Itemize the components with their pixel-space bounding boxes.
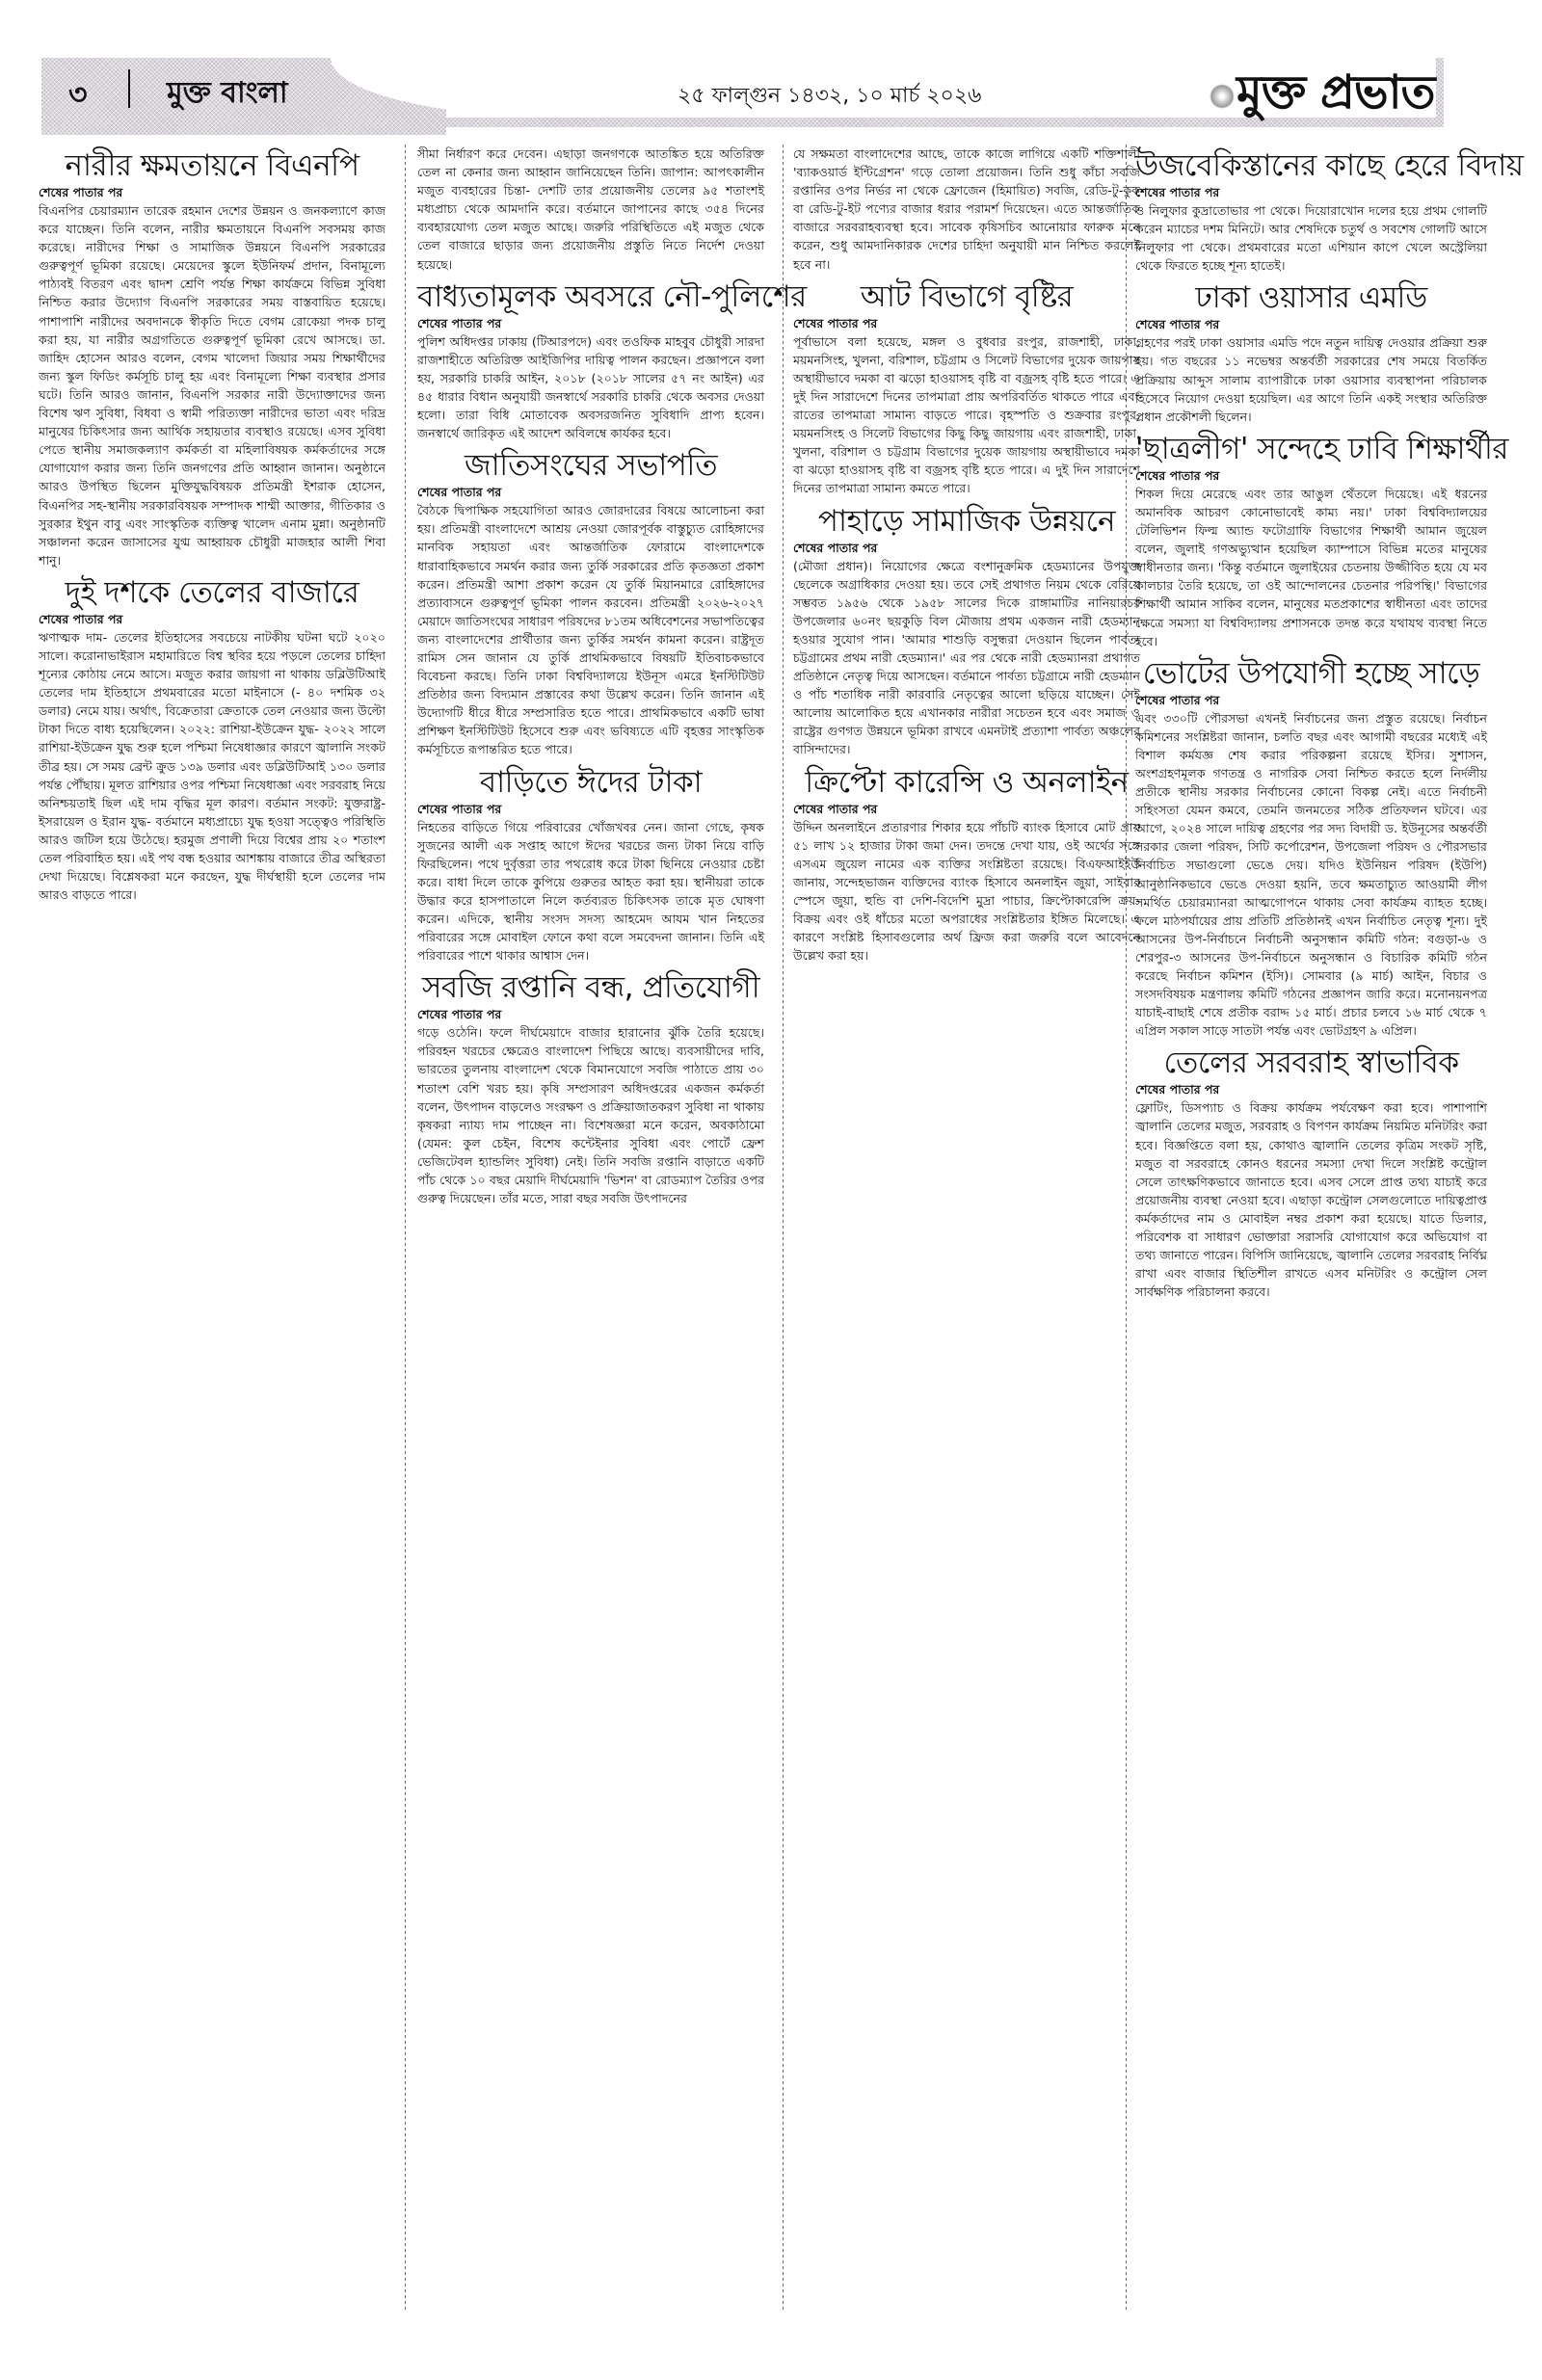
article-body: বৈঠকে দ্বিপাক্ষিক সহযোগিতা আরও জোরদারের … — [417, 501, 764, 758]
article-body: বিএনপির চেয়ারম্যান তারেক রহমান দেশের উন… — [39, 201, 385, 569]
article-headline: বাড়িতে ঈদের টাকা — [417, 763, 764, 802]
article-dhaka-wasa-md: ঢাকা ওয়াসার এমডি শেষের পাতার পর গ্রহণের… — [1135, 278, 1487, 425]
article-body: (মৌজা প্রধান)। নিয়োগের ক্ষেত্রে বংশানুক… — [793, 557, 1140, 759]
article-body: গ্রহণের পরই ঢাকা ওয়াসার এমডি পদে নতুন দ… — [1135, 333, 1487, 425]
jump-line: শেষের পাতার পর — [1135, 693, 1487, 708]
article-headline: ক্রিপ্টো কারেন্সি ও অনলাইন — [793, 763, 1140, 802]
article-body: ঋণাত্মক দাম- তেলের ইতিহাসের সবচেয়ে নাটক… — [39, 628, 385, 904]
jump-line: শেষের পাতার পর — [793, 541, 1140, 556]
article-body: উদ্দিন অনলাইনে প্রতারণার শিকার হয়ে পাঁচ… — [793, 818, 1140, 965]
issue-date: ২৫ ফাল্গুন ১৪৩২, ১০ মার্চ ২০২৬ — [678, 79, 981, 115]
jump-line: শেষের পাতার পর — [1135, 185, 1487, 200]
article-body: ফ্লোটিং, ডিসপ্যাচ ও বিক্রয় কার্যক্রম পর… — [1135, 1098, 1487, 1301]
article-headline: আট বিভাগে বৃষ্টির — [793, 278, 1140, 316]
logo-text: মুক্ত প্রভাত — [1236, 66, 1435, 119]
masthead-pattern-right — [1436, 58, 1444, 127]
jump-line: শেষের পাতার পর — [793, 316, 1140, 331]
column-2: সীমা নির্ধারণ করে দেবেন। এছাড়া জনগণকে আ… — [417, 145, 764, 1211]
article-body: পুলিশ অধিদপ্তর ঢাকায় (টিআরপদে) এবং তওফি… — [417, 332, 764, 443]
article-body: পূর্বাভাসে বলা হয়েছে, মঙ্গল ও বুধবার রং… — [793, 332, 1140, 498]
article-headline: বাধ্যতামূলক অবসরে নৌ-পুলিশের — [417, 278, 764, 316]
article-eid-money: বাড়িতে ঈদের টাকা শেষের পাতার পর নিহতের … — [417, 763, 764, 965]
page-number: ৩ — [68, 71, 88, 120]
article-continuation: সীমা নির্ধারণ করে দেবেন। এছাড়া জনগণকে আ… — [417, 145, 764, 274]
masthead: ৩ মুক্ত বাংলা ২৫ ফাল্গুন ১৪৩২, ১০ মার্চ … — [41, 58, 1444, 135]
article-body: নিহতের বাড়িতে গিয়ে পরিবারের খোঁজখবর নে… — [417, 818, 764, 965]
jump-line: শেষের পাতার পর — [1135, 1082, 1487, 1097]
section-name: মুক্ত বাংলা — [167, 69, 288, 119]
column-rule — [405, 145, 406, 2313]
article-headline: উজবেকিস্তানের কাছে হেরে বিদায় — [1135, 146, 1487, 185]
article-vegetable-export: সবজি রপ্তানি বন্ধ, প্রতিযোগী শেষের পাতার… — [417, 968, 764, 1207]
article-body: শিকল দিয়ে মেরেছে এবং তার আঙুল থেঁতলে দি… — [1135, 485, 1487, 650]
article-local-election: ভোটের উপযোগী হচ্ছে সাড়ে শেষের পাতার পর … — [1135, 654, 1487, 1041]
article-headline: ভোটের উপযোগী হচ্ছে সাড়ে — [1135, 654, 1487, 693]
jump-line: শেষের পাতার পর — [417, 802, 764, 817]
article-headline: সবজি রপ্তানি বন্ধ, প্রতিযোগী — [417, 968, 764, 1007]
jump-line: শেষের পাতার পর — [417, 485, 764, 500]
article-oil-supply: তেলের সরবরাহ স্বাভাবিক শেষের পাতার পর ফ্… — [1135, 1044, 1487, 1301]
article-continuation: যে সক্ষমতা বাংলাদেশের আছে, তাকে কাজে লাগ… — [793, 145, 1140, 274]
article-crypto-online: ক্রিপ্টো কারেন্সি ও অনলাইন শেষের পাতার প… — [793, 763, 1140, 965]
article-du-student: 'ছাত্রলীগ' সন্দেহে ঢাবি শিক্ষার্থীর শেষে… — [1135, 430, 1487, 650]
sun-icon — [1210, 84, 1235, 109]
column-4: উজবেকিস্তানের কাছে হেরে বিদায় শেষের পাত… — [1135, 145, 1487, 1305]
article-body: ও নিলুফার কুদ্রাতোভার পা থেকে। দিয়োরাখো… — [1135, 201, 1487, 275]
newspaper-logo: মুক্ত প্রভাত — [1208, 58, 1435, 134]
article-body: এবং ৩৩০টি পৌরসভা এখনই নির্বাচনের জন্য প্… — [1135, 709, 1487, 1041]
article-navy-police-retirement: বাধ্যতামূলক অবসরে নৌ-পুলিশের শেষের পাতার… — [417, 278, 764, 443]
article-women-empowerment: নারীর ক্ষমতায়নে বিএনপি শেষের পাতার পর ব… — [39, 146, 385, 569]
article-hill-social-development: পাহাড়ে সামাজিক উন্নয়নে শেষের পাতার পর … — [793, 502, 1140, 759]
jump-line: শেষের পাতার পর — [417, 316, 764, 331]
article-headline: তেলের সরবরাহ স্বাভাবিক — [1135, 1044, 1487, 1082]
jump-line: শেষের পাতার পর — [793, 802, 1140, 817]
article-oil-market: দুই দশকে তেলের বাজারে শেষের পাতার পর ঋণা… — [39, 573, 385, 904]
jump-line: শেষের পাতার পর — [39, 185, 385, 200]
article-headline: জাতিসংঘের সভাপতি — [417, 446, 764, 485]
jump-line: শেষের পাতার পর — [417, 1007, 764, 1022]
article-rain-forecast: আট বিভাগে বৃষ্টির শেষের পাতার পর পূর্বাভ… — [793, 278, 1140, 498]
article-headline: 'ছাত্রলীগ' সন্দেহে ঢাবি শিক্ষার্থীর — [1135, 430, 1487, 468]
article-body: গড়ে ওঠেনি। ফলে দীর্ঘমেয়াদে বাজার হারান… — [417, 1023, 764, 1207]
article-headline: ঢাকা ওয়াসার এমডি — [1135, 278, 1487, 317]
column-3: যে সক্ষমতা বাংলাদেশের আছে, তাকে কাজে লাগ… — [793, 145, 1140, 968]
article-headline: নারীর ক্ষমতায়নে বিএনপি — [39, 146, 385, 185]
masthead-divider — [128, 69, 130, 108]
article-un-president: জাতিসংঘের সভাপতি শেষের পাতার পর বৈঠকে দ্… — [417, 446, 764, 758]
column-rule — [783, 145, 784, 2313]
article-headline: দুই দশকে তেলের বাজারে — [39, 573, 385, 612]
jump-line: শেষের পাতার পর — [1135, 468, 1487, 484]
column-1: নারীর ক্ষমতায়নে বিএনপি শেষের পাতার পর ব… — [39, 145, 385, 908]
jump-line: শেষের পাতার পর — [1135, 317, 1487, 332]
article-headline: পাহাড়ে সামাজিক উন্নয়নে — [793, 502, 1140, 541]
jump-line: শেষের পাতার পর — [39, 612, 385, 627]
article-uzbekistan-loss: উজবেকিস্তানের কাছে হেরে বিদায় শেষের পাত… — [1135, 146, 1487, 275]
